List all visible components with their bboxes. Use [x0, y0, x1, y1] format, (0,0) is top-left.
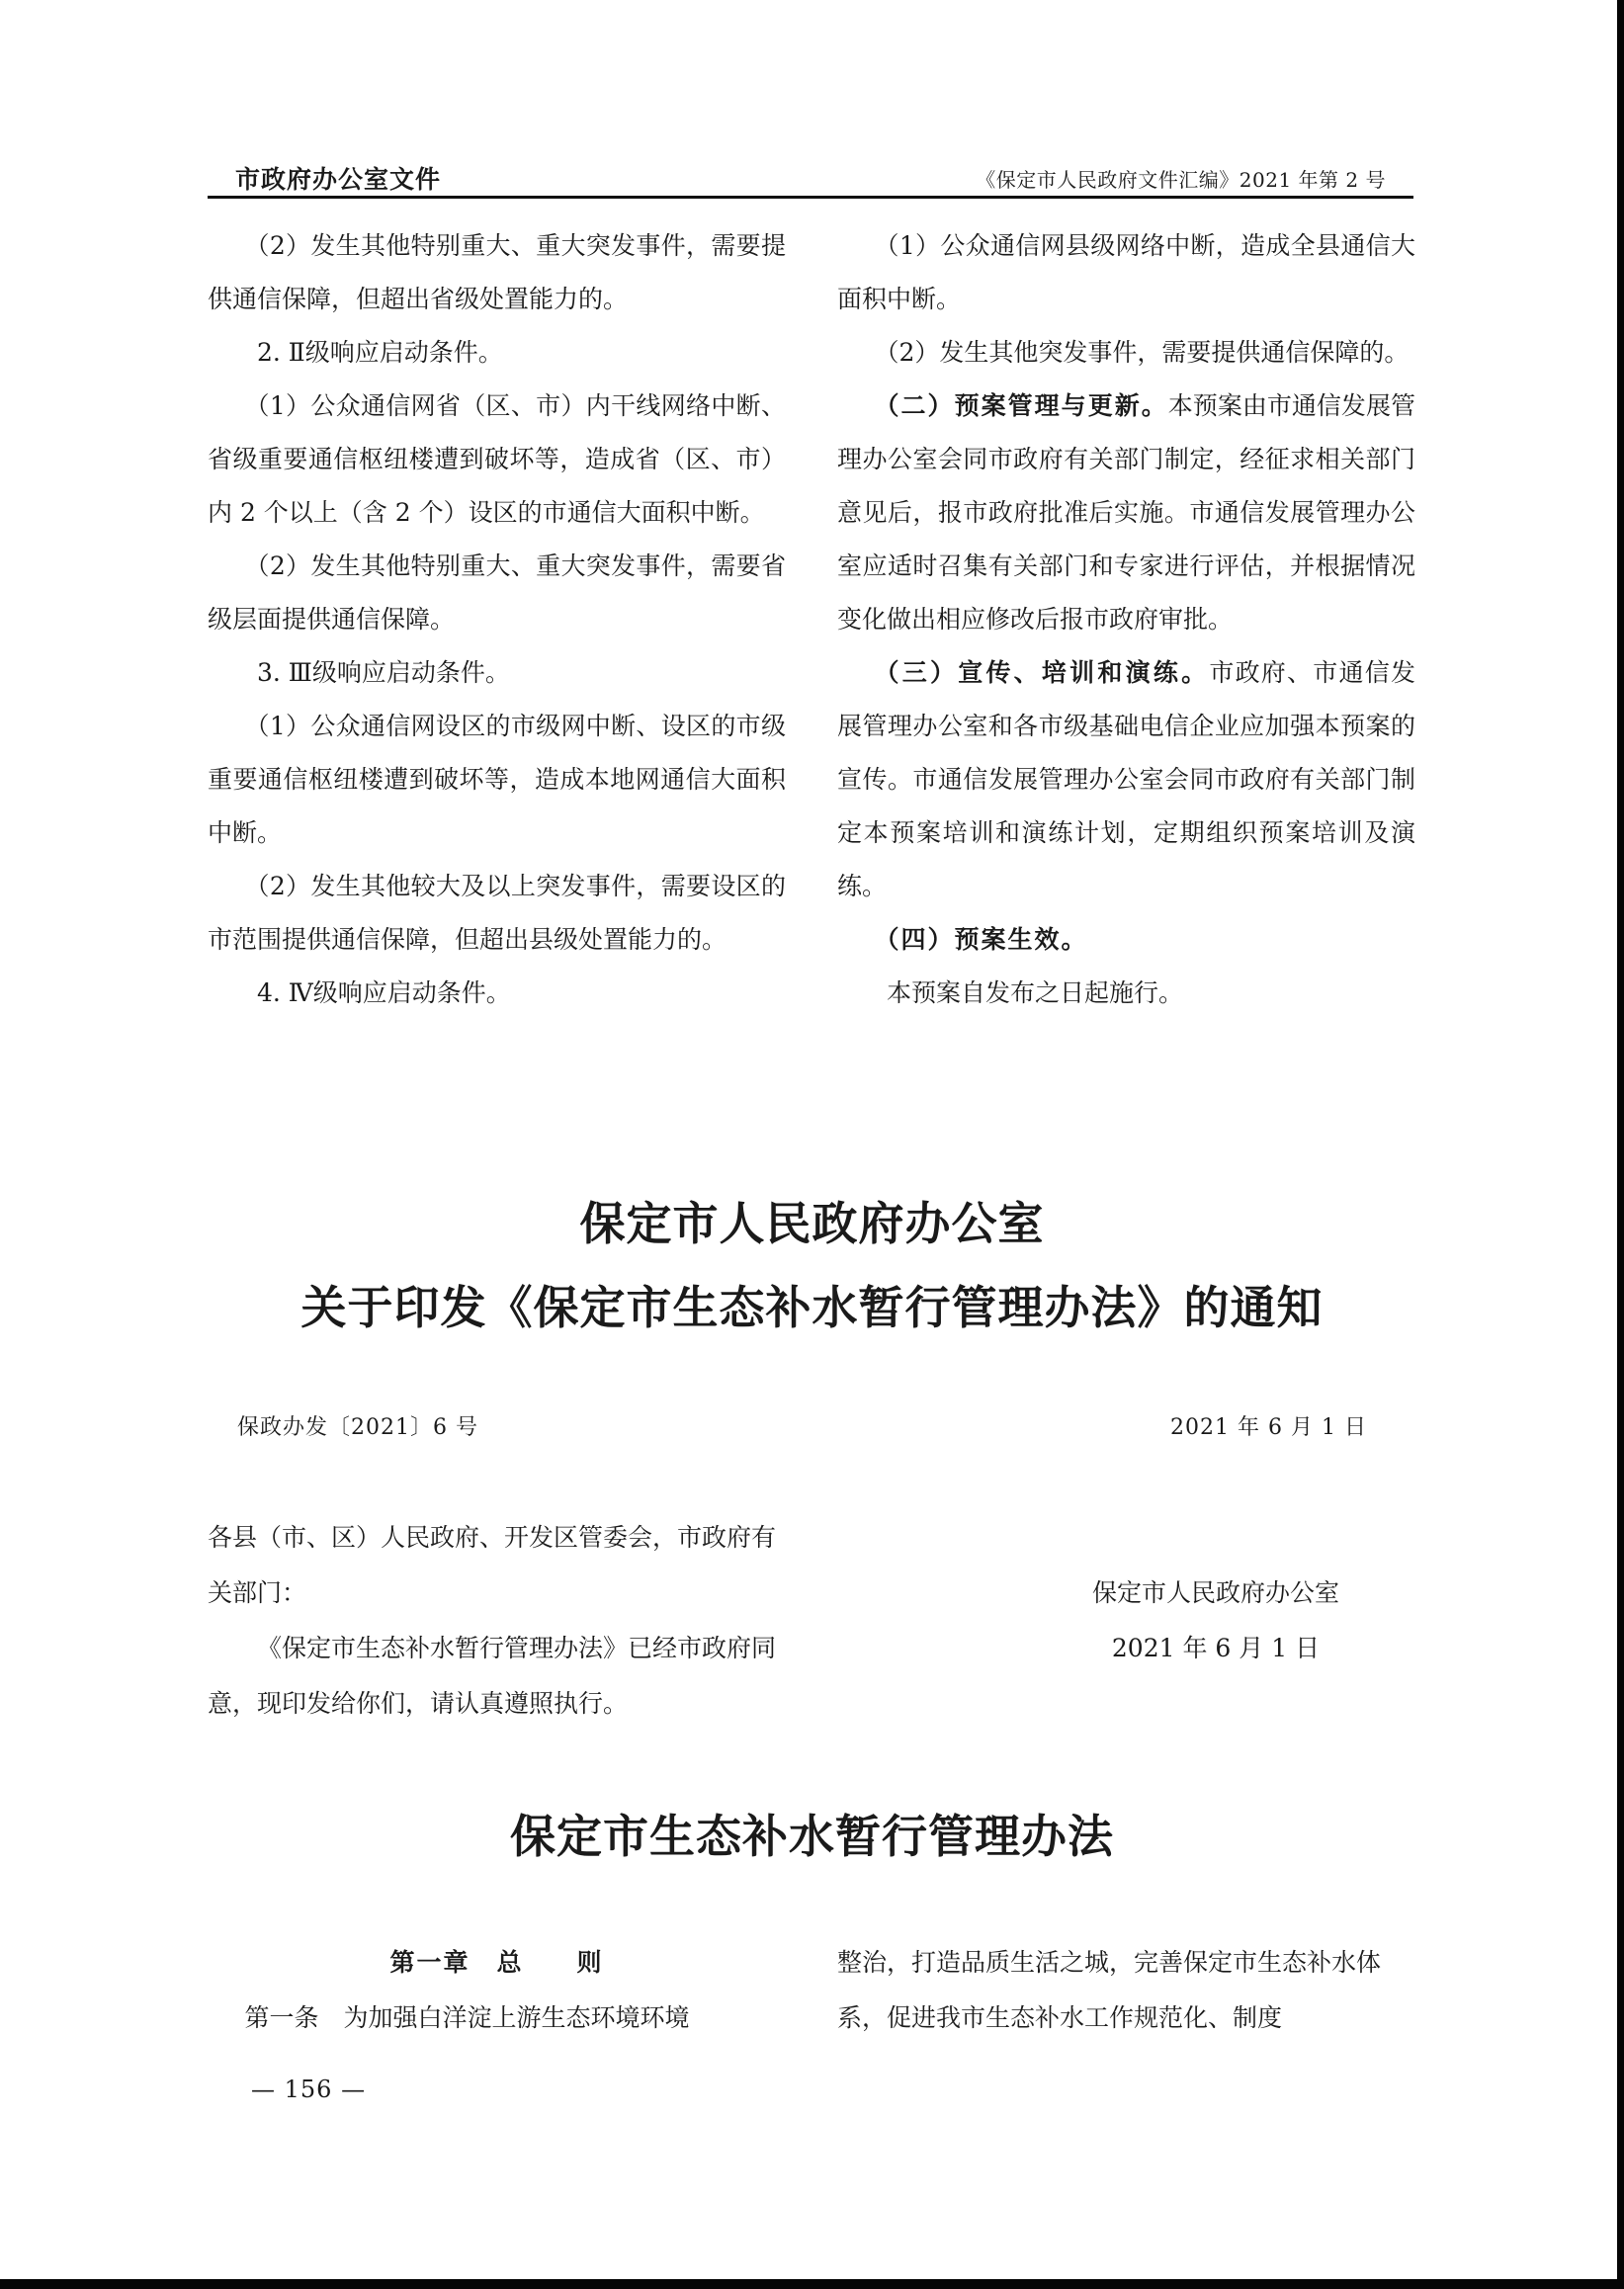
- paragraph: （2）发生其他突发事件，需要提供通信保障的。: [837, 326, 1415, 380]
- paragraph: （1）公众通信网设区的市级网中断、设区的市级重要通信枢纽楼遭到破坏等，造成本地网…: [208, 700, 786, 860]
- article-text-continued: 整治，打造品质生活之城，完善保定市生态补水体系，促进我市生态补水工作规范化、制度: [837, 1935, 1415, 2046]
- paragraph: 本预案自发布之日起施行。: [837, 967, 1415, 1020]
- paragraph: 2. Ⅱ级响应启动条件。: [208, 326, 786, 380]
- article-text: 为加强白洋淀上游生态环境环境: [344, 2003, 690, 2032]
- paragraph: （1）公众通信网县级网络中断，造成全县通信大面积中断。: [837, 219, 1415, 326]
- paragraph: （四）预案生效。: [837, 913, 1415, 967]
- chapter-right-column: 整治，打造品质生活之城，完善保定市生态补水体系，促进我市生态补水工作规范化、制度: [837, 1935, 1415, 2046]
- page-number: — 156 —: [251, 2076, 366, 2103]
- paragraph: 3. Ⅲ级响应启动条件。: [208, 646, 786, 700]
- chapter-left-column: 第一章 总 则 第一条 为加强白洋淀上游生态环境环境: [208, 1935, 786, 2046]
- paragraph: （2）发生其他特别重大、重大突发事件，需要省级层面提供通信保障。: [208, 540, 786, 646]
- section-heading: （二）预案管理与更新。: [875, 391, 1168, 420]
- addressee: 各县（市、区）人民政府、开发区管委会，市政府有关部门：: [208, 1510, 786, 1621]
- signature-org: 保定市人民政府办公室: [1068, 1566, 1364, 1621]
- paragraph: 4. Ⅳ级响应启动条件。: [208, 967, 786, 1020]
- right-text-column: （1）公众通信网县级网络中断，造成全县通信大面积中断。 （2）发生其他突发事件，…: [837, 219, 1415, 1020]
- notice-body: 各县（市、区）人民政府、开发区管委会，市政府有关部门： 《保定市生态补水暂行管理…: [208, 1510, 786, 1732]
- notice-text: 《保定市生态补水暂行管理办法》已经市政府同意，现印发给你们，请认真遵照执行。: [208, 1621, 786, 1732]
- document-date: 2021 年 6 月 1 日: [1170, 1410, 1367, 1441]
- scan-border-right: [1617, 0, 1624, 2289]
- notice-title-line1: 保定市人民政府办公室: [0, 1188, 1624, 1253]
- notice-title-line2: 关于印发《保定市生态补水暂行管理办法》的通知: [0, 1272, 1624, 1337]
- paragraph: （2）发生其他特别重大、重大突发事件，需要提供通信保障，但超出省级处置能力的。: [208, 219, 786, 326]
- section-heading: （三）宣传、培训和演练。: [875, 658, 1210, 687]
- paragraph: （二）预案管理与更新。本预案由市通信发展管理办公室会同市政府有关部门制定，经征求…: [837, 380, 1415, 646]
- running-header: 市政府办公室文件 《保定市人民政府文件汇编》2021 年第 2 号: [208, 156, 1413, 196]
- header-section-label: 市政府办公室文件: [235, 160, 441, 196]
- left-text-column: （2）发生其他特别重大、重大突发事件，需要提供通信保障，但超出省级处置能力的。 …: [208, 219, 786, 1020]
- section-heading: （四）预案生效。: [875, 925, 1088, 954]
- signature-date: 2021 年 6 月 1 日: [1068, 1621, 1364, 1676]
- header-publication-label: 《保定市人民政府文件汇编》2021 年第 2 号: [976, 164, 1386, 193]
- section-text: 本预案由市通信发展管理办公室会同市政府有关部门制定，经征求相关部门意见后，报市政…: [837, 391, 1415, 634]
- header-rule: [208, 196, 1413, 199]
- scan-border-bottom: [0, 2279, 1624, 2289]
- article-label: 第一条: [245, 2003, 319, 2032]
- measures-title: 保定市生态补水暂行管理办法: [0, 1801, 1624, 1866]
- signature-block: 保定市人民政府办公室 2021 年 6 月 1 日: [1068, 1566, 1364, 1676]
- paragraph: （2）发生其他较大及以上突发事件，需要设区的市范围提供通信保障，但超出县级处置能…: [208, 860, 786, 967]
- document-number: 保政办发〔2021〕6 号: [237, 1410, 478, 1441]
- chapter-heading: 第一章 总 则: [208, 1935, 786, 1991]
- paragraph: （三）宣传、培训和演练。市政府、市通信发展管理办公室和各市级基础电信企业应加强本…: [837, 646, 1415, 913]
- paragraph: （1）公众通信网省（区、市）内干线网络中断、省级重要通信枢纽楼遭到破坏等，造成省…: [208, 380, 786, 540]
- section-text: 市政府、市通信发展管理办公室和各市级基础电信企业应加强本预案的宣传。市通信发展管…: [837, 658, 1415, 900]
- article-1: 第一条 为加强白洋淀上游生态环境环境: [208, 1991, 786, 2046]
